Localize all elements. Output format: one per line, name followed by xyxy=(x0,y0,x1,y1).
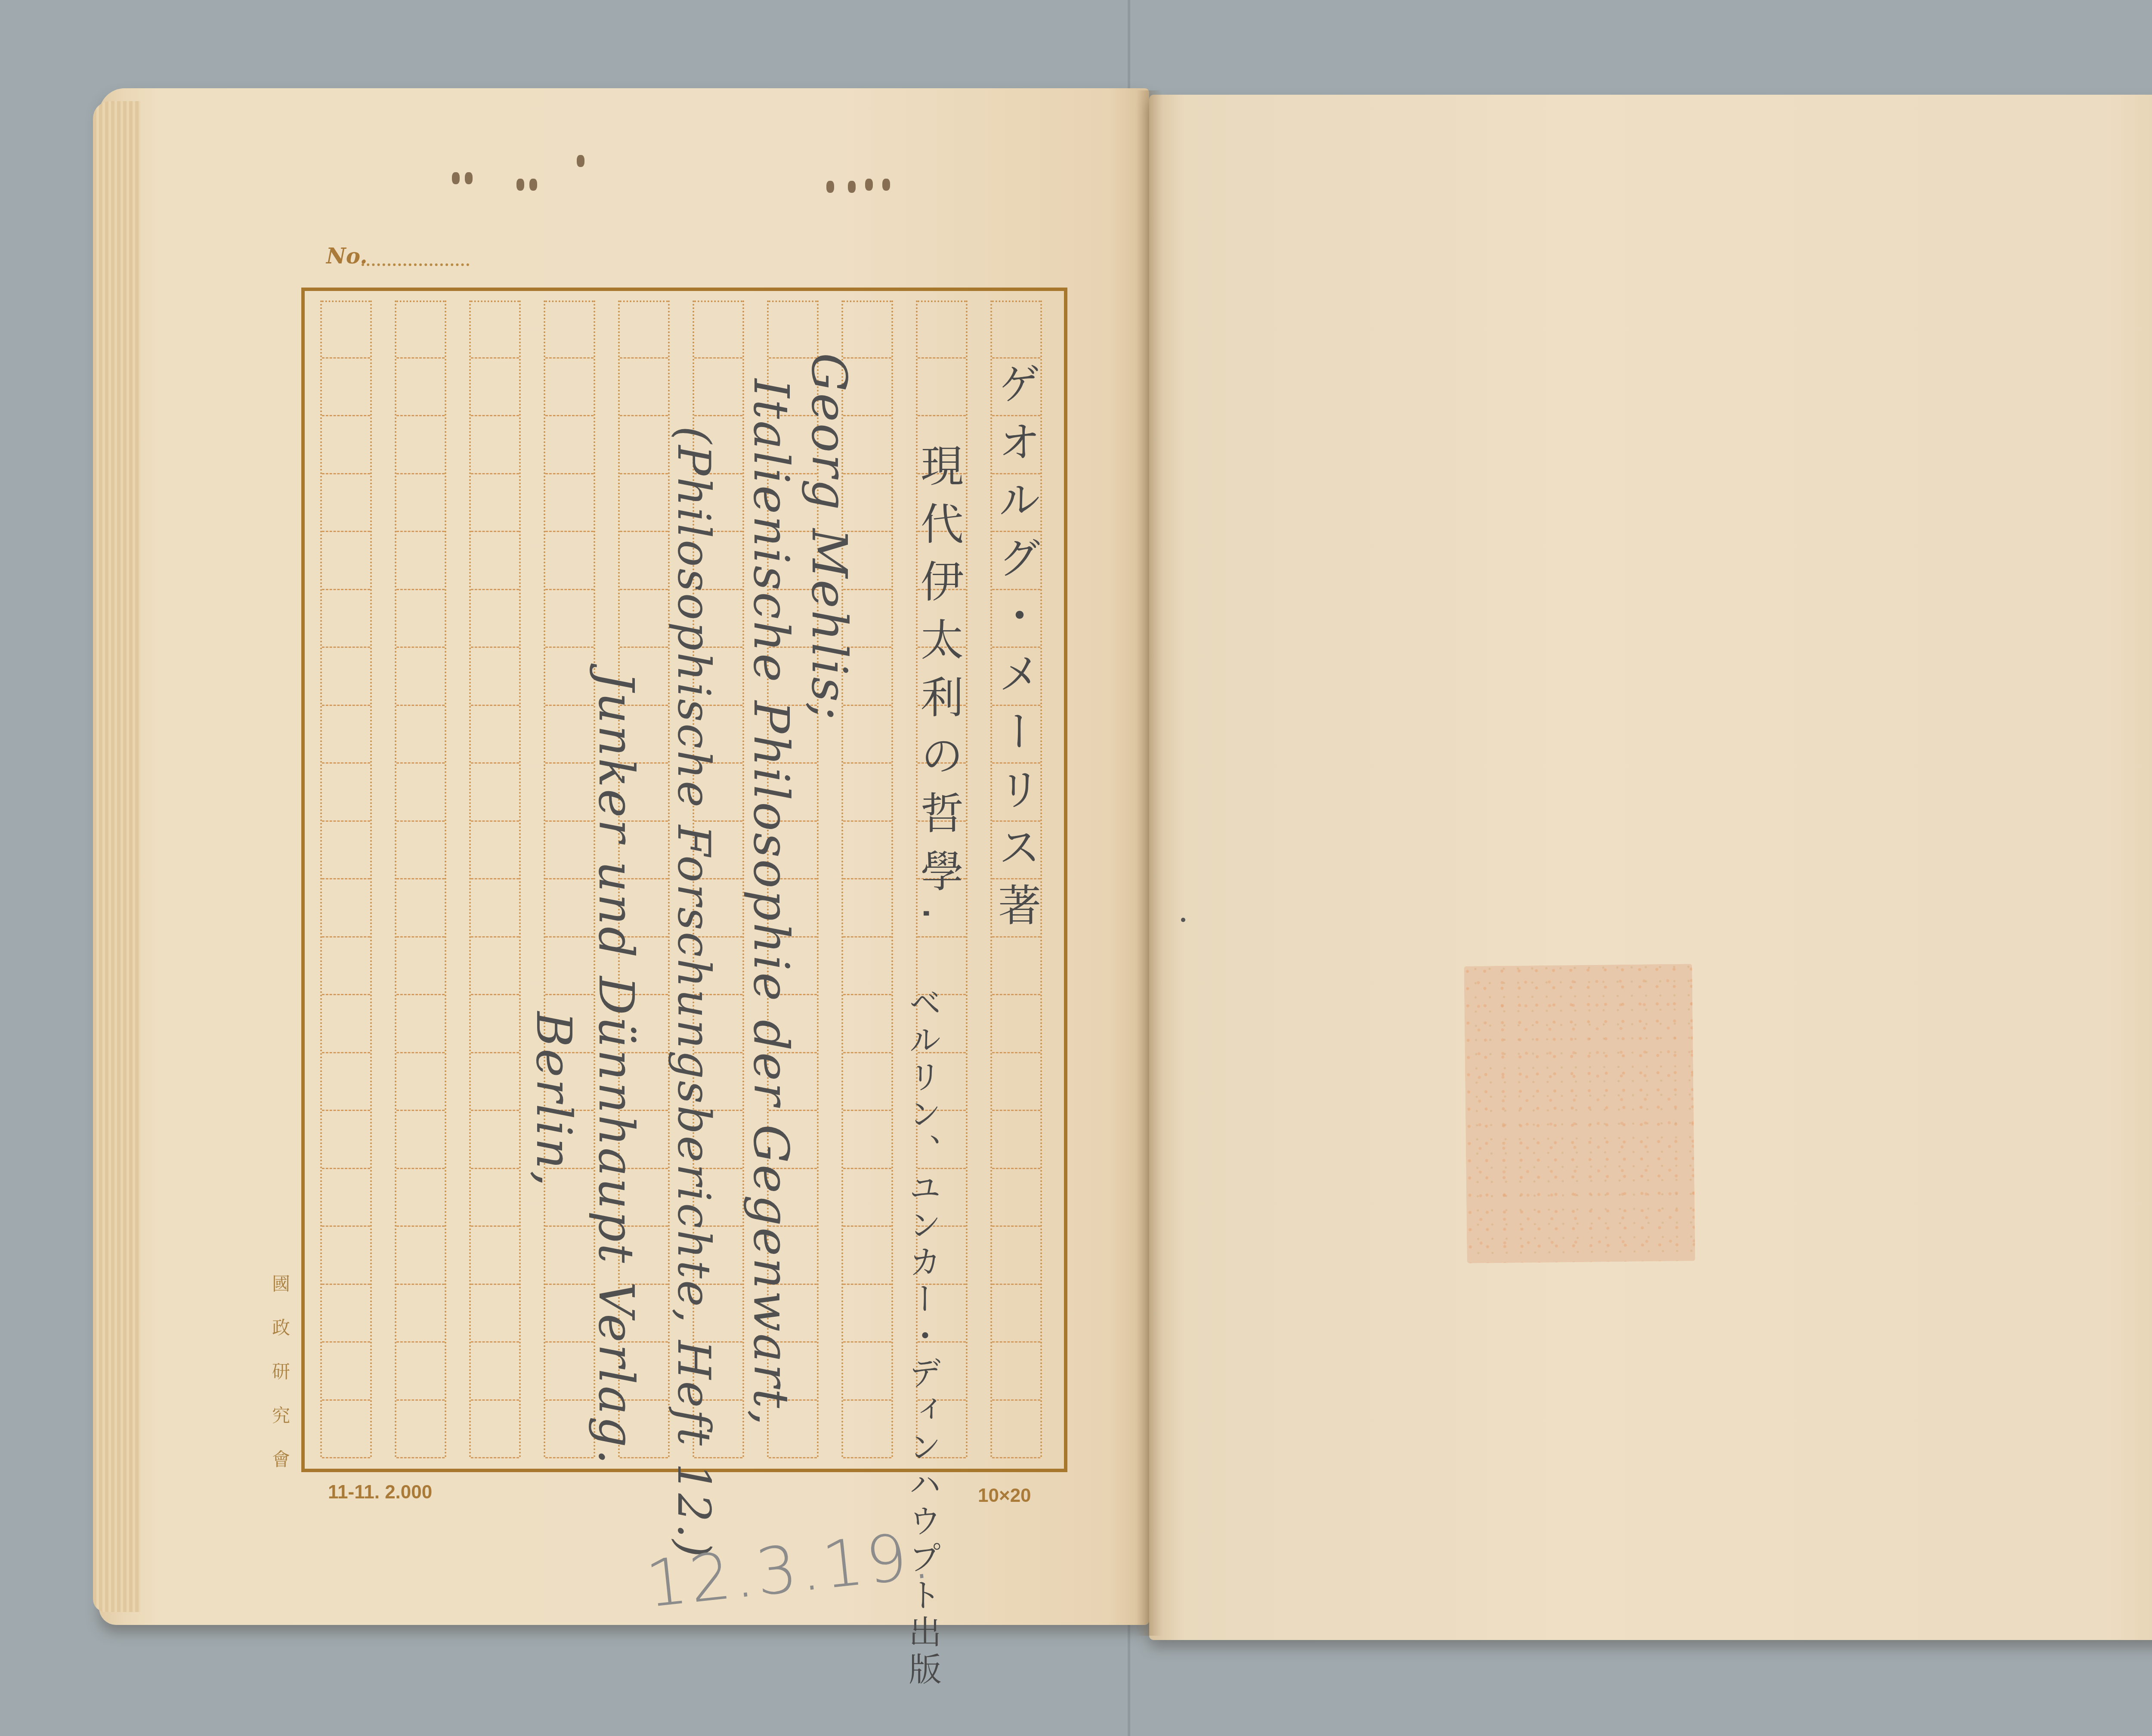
grid-column-10 xyxy=(320,300,372,1458)
grid-column-7 xyxy=(544,300,595,1458)
title-japanese: 現代伊太利の哲學. xyxy=(917,443,960,935)
right-page xyxy=(1149,95,2152,1640)
publisher-mark: 國政研究會 xyxy=(267,1274,293,1494)
publisher-german: Junker und Dünnhaupt Verlag. xyxy=(592,672,640,1466)
grid-column-9 xyxy=(395,300,446,1458)
series-german: (Philosophische Forschungsberichte, Heft… xyxy=(671,426,716,1559)
title-german: Italienische Philosophie der Gegenwart, xyxy=(747,379,795,1427)
binding-stitch-marks xyxy=(452,155,968,207)
ink-speck xyxy=(1181,918,1185,922)
print-code: 11-11. 2.000 xyxy=(328,1482,432,1503)
author-german: Georg Mehlis; xyxy=(805,353,853,721)
number-field-line xyxy=(362,263,469,266)
grid-size-label: 10×20 xyxy=(978,1485,1031,1507)
book-gutter xyxy=(1136,90,1162,1636)
grid-column-8 xyxy=(469,300,521,1458)
faded-stamp xyxy=(1464,964,1695,1263)
place-german: Berlin, xyxy=(529,1012,578,1188)
author-japanese: ゲオルグ・メーリス著 xyxy=(994,362,1037,941)
page-edge-stack xyxy=(93,101,140,1612)
